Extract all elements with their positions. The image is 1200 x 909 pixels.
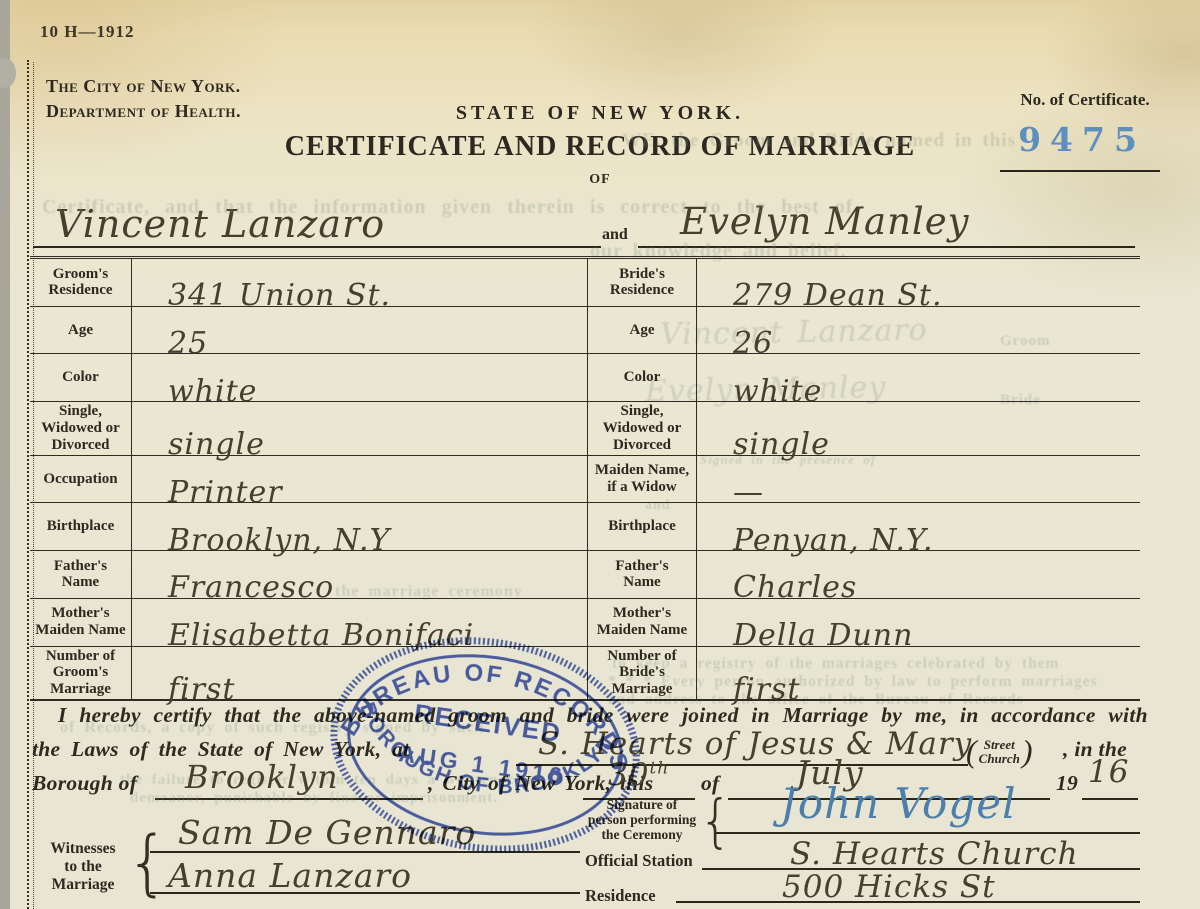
celebrant-signature: John Vogel (780, 779, 1017, 828)
table-row: Birthplace Brooklyn, N.Y Birthplace Peny… (30, 503, 1140, 551)
certification-line-3: Borough of (32, 771, 137, 796)
residence-value: 500 Hicks St (782, 869, 996, 905)
groom-name-underline (33, 246, 601, 248)
of-word: of (701, 771, 720, 796)
field-value: Penyan, N.Y. (697, 503, 1140, 551)
handwritten-value: first (733, 676, 801, 705)
certificate-number-underline (1000, 170, 1160, 172)
church-label: Church (979, 752, 1020, 766)
field-label: Single, Widowed or Divorced (588, 402, 697, 455)
field-value: single (132, 402, 588, 455)
field-label: Father's Name (588, 551, 697, 599)
field-label: Maiden Name, if a Widow (588, 456, 697, 504)
table-row: Mother's Maiden Name Elisabetta Bonifaci… (30, 599, 1140, 647)
witnesses-label: Witnesses to the Marriage (33, 840, 133, 893)
field-value: Della Dunn (697, 599, 1140, 647)
year-underline (1082, 798, 1138, 800)
form-code: 10 H—1912 (40, 22, 134, 42)
field-label: Occupation (30, 456, 132, 504)
field-label: Age (588, 307, 697, 355)
field-value: — (697, 456, 1140, 504)
certificate-number: 9475 (1002, 120, 1162, 159)
agency-line-1: The City of New York. (46, 76, 241, 97)
scanner-edge (0, 0, 10, 909)
field-label: Color (30, 354, 132, 402)
field-value: 279 Dean St. (697, 259, 1140, 307)
year-printed: 19 (1056, 771, 1078, 796)
witness-2-signature: Anna Lanzaro (168, 856, 412, 895)
field-value: Printer (132, 456, 588, 504)
state-title: STATE OF NEW YORK. (320, 102, 880, 125)
field-value: 25 (132, 307, 588, 355)
field-value: white (697, 354, 1140, 402)
field-label: Groom's Residence (30, 259, 132, 307)
table-row: Color white Color white (30, 354, 1140, 402)
field-value: white (132, 354, 588, 402)
official-station-value: S. Hearts Church (790, 836, 1079, 872)
stamp-received-text: RECEIVED (412, 698, 564, 748)
handwritten-value: first (168, 676, 236, 705)
table-row: Age 25 Age 26 (30, 307, 1140, 355)
street-label: Street (979, 738, 1020, 752)
table-row: Groom's Residence 341 Union St. Bride's … (30, 259, 1140, 307)
certificate-number-label: No. of Certificate. (1000, 90, 1170, 110)
year-value: 16 (1088, 754, 1129, 790)
field-label: Mother's Maiden Name (588, 599, 697, 647)
field-value: Brooklyn, N.Y (132, 503, 588, 551)
field-label: Birthplace (30, 503, 132, 551)
field-label: Birthplace (588, 503, 697, 551)
marriage-certificate-document: WE, the Groom and Bride named in this Ce… (0, 0, 1200, 909)
field-label: Bride's Residence (588, 259, 697, 307)
table-row: Occupation Printer Maiden Name, if a Wid… (30, 456, 1140, 504)
table-row: Single, Widowed or Divorced single Singl… (30, 402, 1140, 455)
punch-notch (0, 58, 16, 88)
street-church-label: ( Street Church ) (966, 733, 1033, 770)
field-label: Age (30, 307, 132, 355)
bleed-through-text: WE, the Groom and Bride named in this (622, 130, 1016, 152)
field-value: Charles (697, 551, 1140, 599)
field-value: 26 (697, 307, 1140, 355)
field-value: single (697, 402, 1140, 455)
field-label: Father's Name (30, 551, 132, 599)
table-row: Father's Name Francesco Father's Name Ch… (30, 551, 1140, 599)
residence-underline (676, 901, 1140, 903)
field-value: first (697, 647, 1140, 699)
field-label: Single, Widowed or Divorced (30, 402, 132, 455)
left-dotted-rule (27, 60, 29, 909)
field-value: 341 Union St. (132, 259, 588, 307)
bleed-through-text: Certificate, and that the information gi… (42, 196, 853, 219)
residence-label: Residence (585, 886, 656, 906)
celebrant-brace: { (699, 789, 732, 855)
field-value: Francesco (132, 551, 588, 599)
details-table: Groom's Residence 341 Union St. Bride's … (30, 256, 1140, 701)
witness-2-underline (150, 892, 580, 894)
field-label: Mother's Maiden Name (30, 599, 132, 647)
celebrant-signature-underline (716, 832, 1140, 834)
of-label: OF (560, 172, 640, 188)
field-label: Number of Groom's Marriage (30, 647, 132, 699)
field-label: Color (588, 354, 697, 402)
agency-line-2: Department of Health. (46, 101, 241, 122)
bureau-received-stamp: BUREAU OF RECORDS BOROUGH OF BROOKLYN RE… (298, 605, 672, 886)
